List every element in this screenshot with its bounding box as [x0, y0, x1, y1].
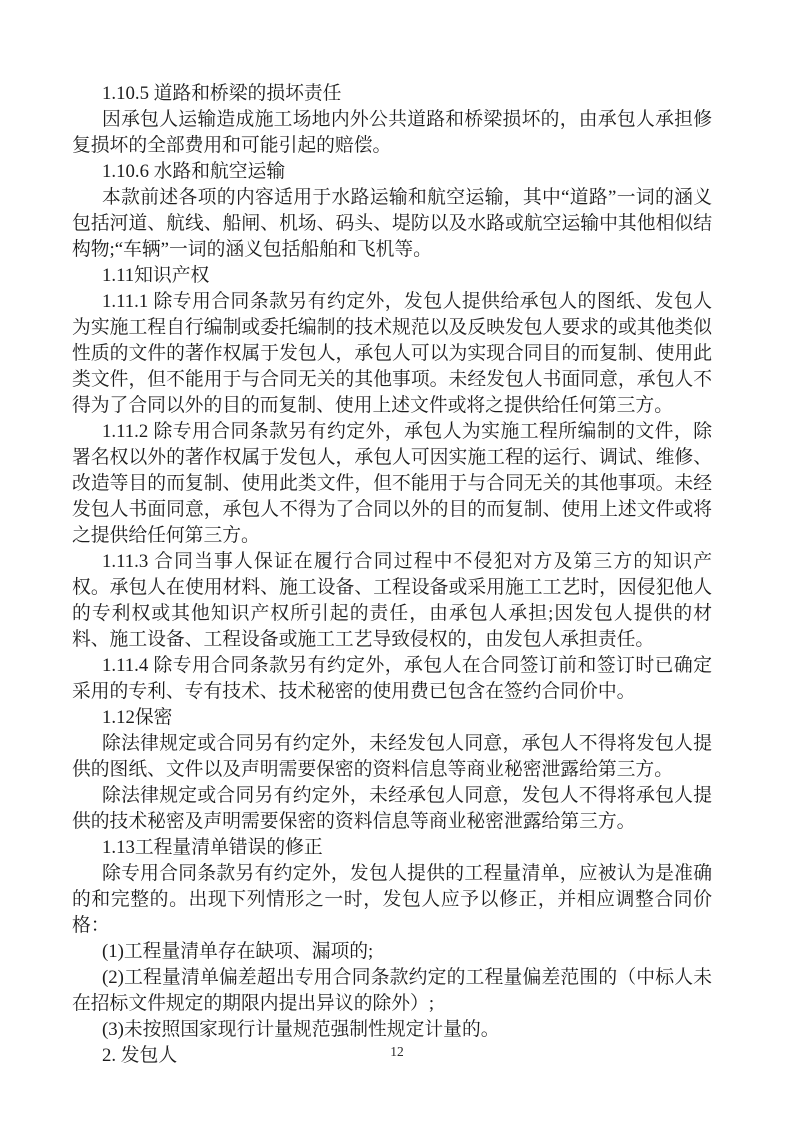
page-number: 12 [0, 1044, 794, 1060]
list-item: (2)工程量清单偏差超出专用合同条款约定的工程量偏差范围的（中标人未在招标文件规… [72, 965, 712, 1017]
document-body: 1.10.5 道路和桥梁的损坏责任因承包人运输造成施工场地内外公共道路和桥梁损坏… [72, 81, 712, 1069]
paragraph: 1.11.4 除专用合同条款另有约定外，承包人在合同签订前和签订时已确定采用的专… [72, 653, 712, 705]
paragraph: 因承包人运输造成施工场地内外公共道路和桥梁损坏的，由承包人承担修复损坏的全部费用… [72, 107, 712, 159]
list-item: (1)工程量清单存在缺项、漏项的; [72, 939, 712, 965]
clause-heading: 1.13工程量清单错误的修正 [72, 835, 712, 861]
clause-heading: 1.10.5 道路和桥梁的损坏责任 [72, 81, 712, 107]
paragraph: 本款前述各项的内容适用于水路运输和航空运输，其中“道路”一词的涵义包括河道、航线… [72, 185, 712, 263]
document-page: 1.10.5 道路和桥梁的损坏责任因承包人运输造成施工场地内外公共道路和桥梁损坏… [0, 0, 794, 1122]
paragraph: 除专用合同条款另有约定外，发包人提供的工程量清单，应被认为是准确的和完整的。出现… [72, 861, 712, 939]
list-item: (3)未按照国家现行计量规范强制性规定计量的。 [72, 1017, 712, 1043]
clause-heading: 1.11知识产权 [72, 263, 712, 289]
paragraph: 除法律规定或合同另有约定外，未经发包人同意，承包人不得将发包人提供的图纸、文件以… [72, 731, 712, 783]
paragraph: 1.11.3 合同当事人保证在履行合同过程中不侵犯对方及第三方的知识产权。承包人… [72, 549, 712, 653]
paragraph: 1.11.1 除专用合同条款另有约定外，发包人提供给承包人的图纸、发包人为实施工… [72, 289, 712, 419]
paragraph: 1.11.2 除专用合同条款另有约定外，承包人为实施工程所编制的文件，除署名权以… [72, 419, 712, 549]
clause-heading: 1.10.6 水路和航空运输 [72, 159, 712, 185]
paragraph: 除法律规定或合同另有约定外，未经承包人同意，发包人不得将承包人提供的技术秘密及声… [72, 783, 712, 835]
clause-heading: 1.12保密 [72, 705, 712, 731]
